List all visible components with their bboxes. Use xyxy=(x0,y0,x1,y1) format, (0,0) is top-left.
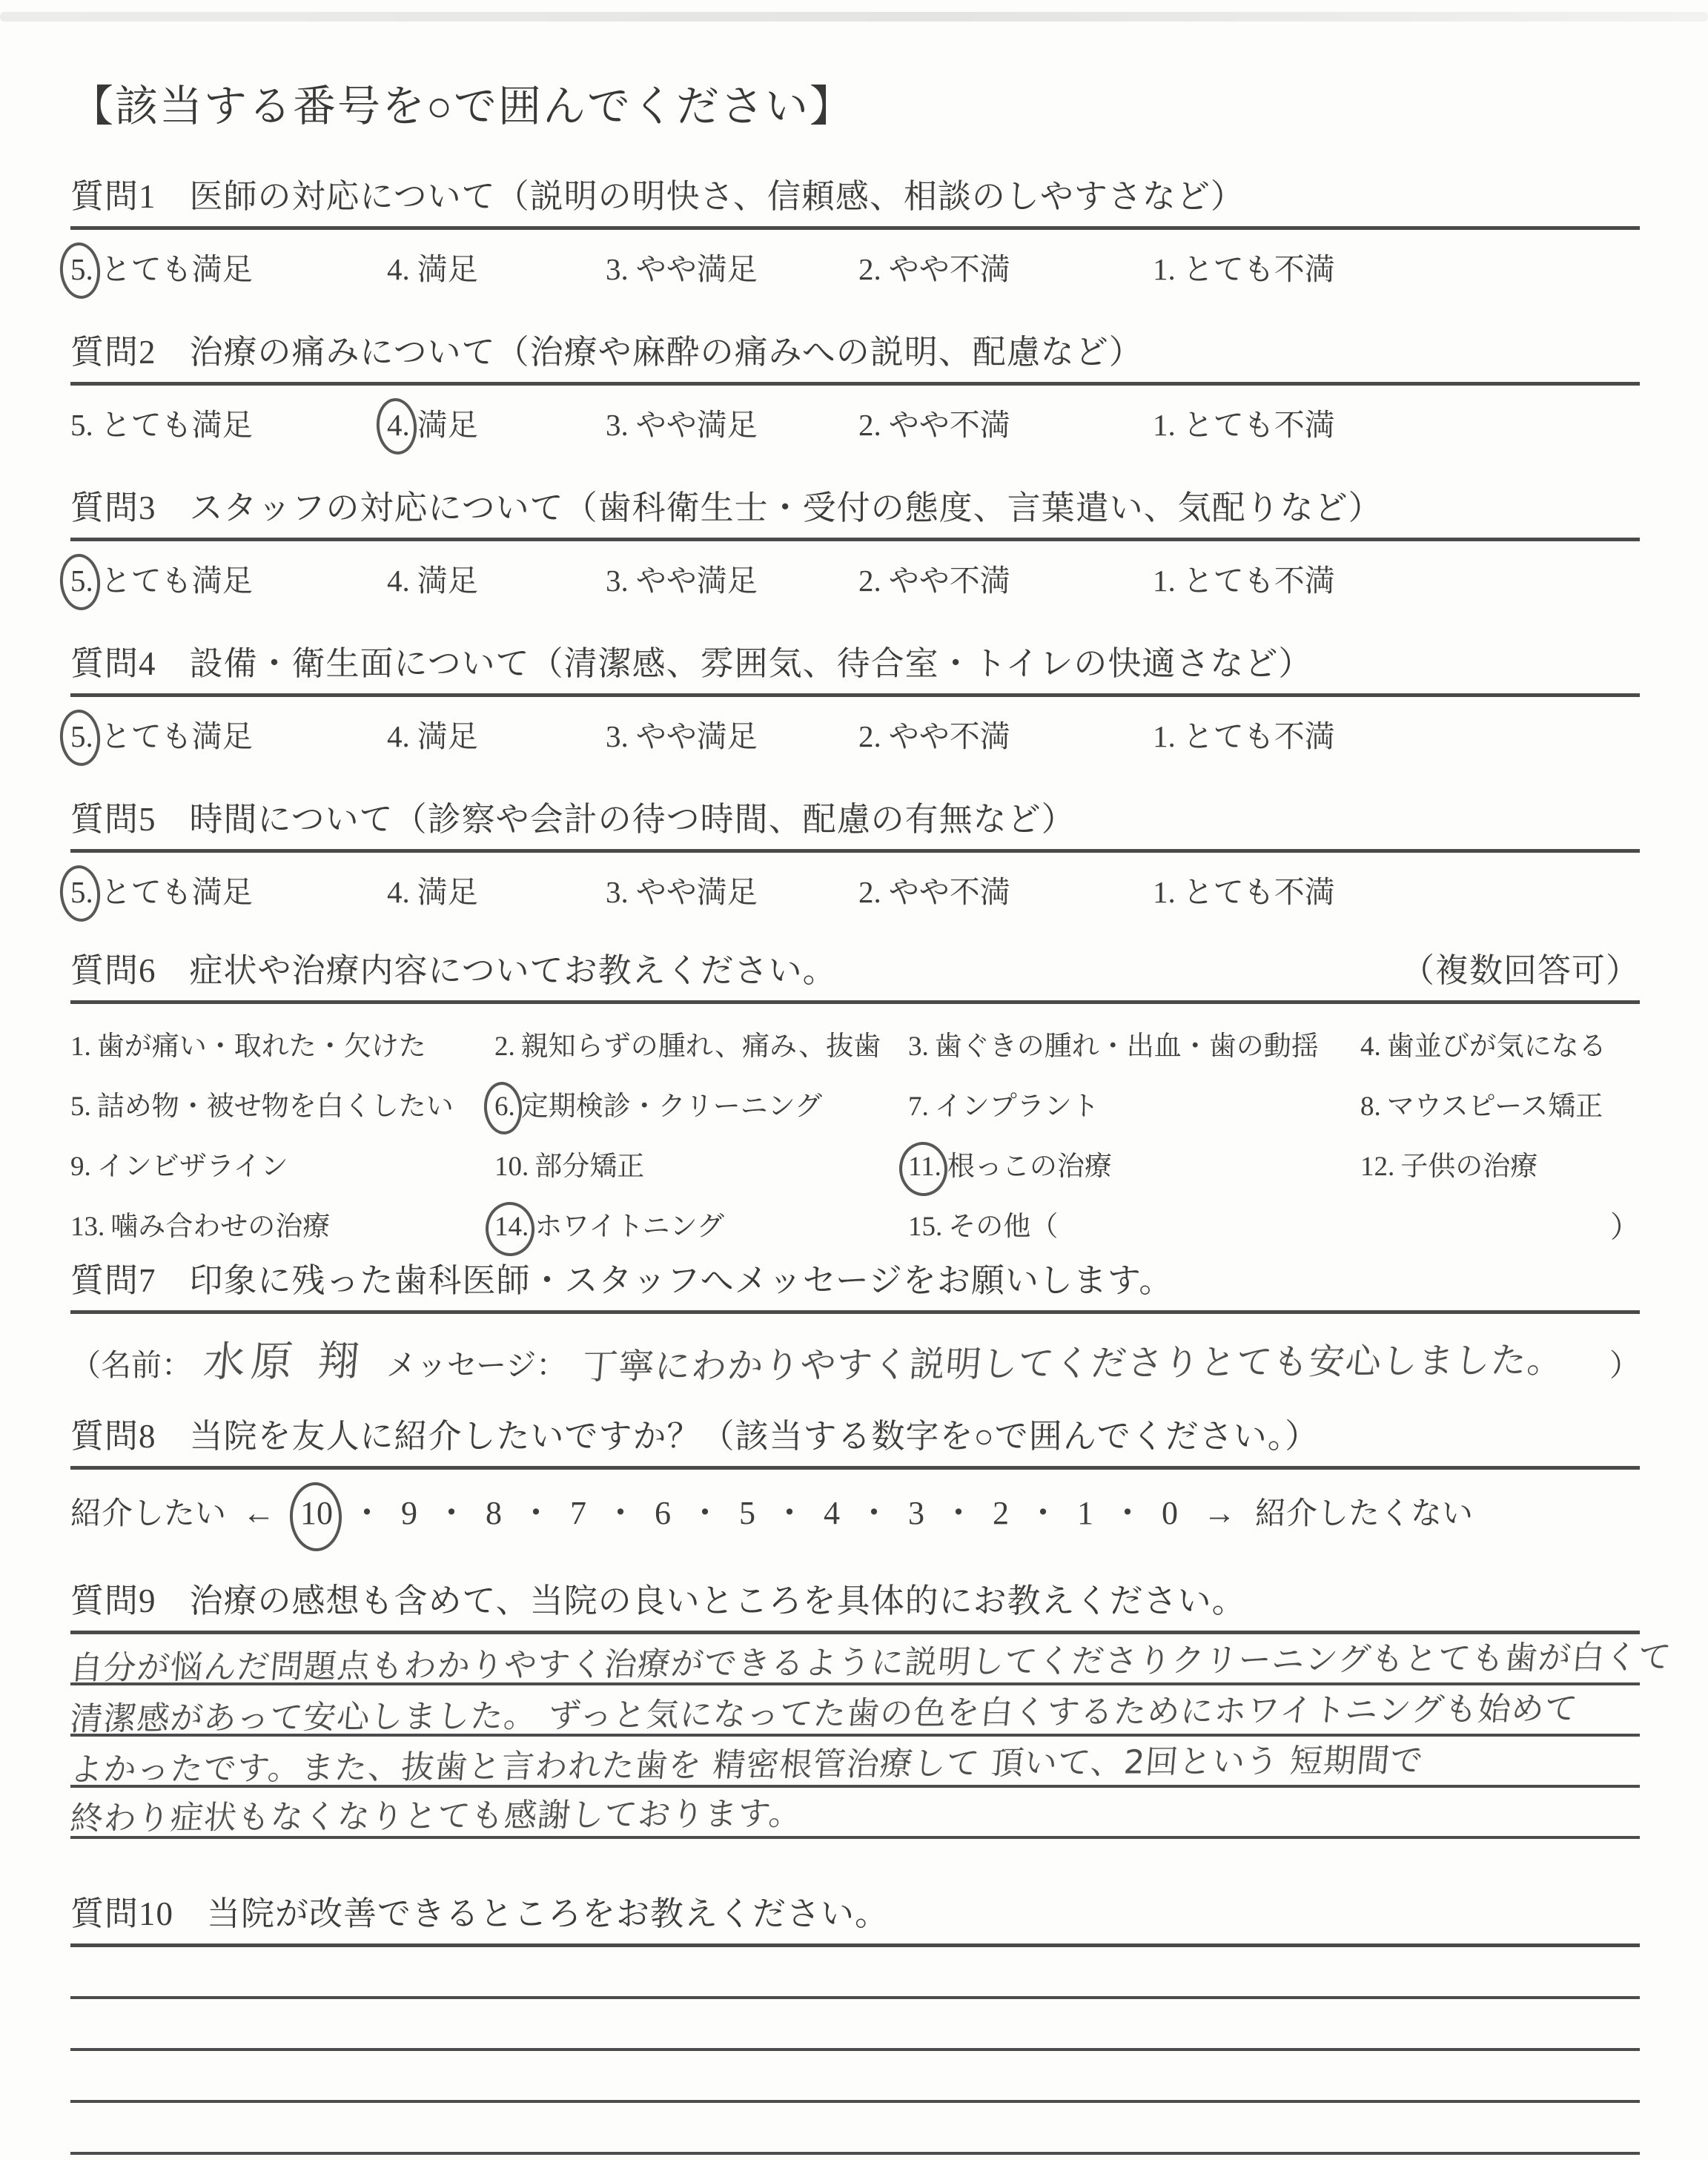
symptom-option: 13.噛み合わせの治療 xyxy=(70,1203,494,1246)
scale-separator: ・ xyxy=(1027,1486,1059,1533)
nps-number: 9 xyxy=(401,1494,417,1532)
symptom-option: 10.部分矯正 xyxy=(494,1143,908,1183)
question-label: 質問3 xyxy=(70,480,156,529)
question-2-header: 質問2 治療の痛みについて（治療や麻酔の痛みへの説明、配慮など） xyxy=(70,325,1640,386)
option-number: 9. xyxy=(70,1151,91,1183)
question-label: 質問7 xyxy=(70,1253,156,1301)
option-label: 満足 xyxy=(417,556,478,600)
rating-option: 4.満足 xyxy=(387,868,606,911)
option-label: とても不満 xyxy=(1183,868,1335,911)
option-label: とても不満 xyxy=(1183,400,1335,444)
option-label: やや満足 xyxy=(636,245,758,288)
scale-separator: ・ xyxy=(858,1486,890,1533)
option-number: 1. xyxy=(1153,563,1176,598)
option-label: やや不満 xyxy=(889,712,1010,756)
question-3-header: 質問3 スタッフの対応について（歯科衛生士・受付の態度、言葉遣い、気配りなど） xyxy=(70,480,1640,541)
option-number: 2. xyxy=(858,563,881,598)
option-label: とても不満 xyxy=(1183,712,1335,756)
blank-answer-line xyxy=(70,2103,1640,2155)
option-number: 1. xyxy=(1153,251,1176,287)
answer-text: 自分が悩んだ問題点もわかりやすく治療ができるように説明してくださりクリーニングも… xyxy=(68,1641,1672,1688)
question-10-header: 質問10 当院が改善できるところをお教えください。 xyxy=(70,1886,1640,1947)
option-number: 3. xyxy=(606,251,629,287)
rating-option: 5.とても満足 xyxy=(70,712,387,756)
question-9: 質問9 治療の感想も含めて、当院の良いところを具体的にお教えください。 自分が悩… xyxy=(70,1573,1640,1839)
question-7-header: 質問7 印象に残った歯科医師・スタッフへメッセージをお願いします。 xyxy=(70,1253,1640,1314)
option-label: とても不満 xyxy=(1183,245,1335,288)
option-number-circled: 6. xyxy=(494,1091,515,1123)
option-number-circled: 14. xyxy=(494,1211,529,1243)
symptom-option: 11.根っこの治療 xyxy=(908,1143,1360,1183)
handwritten-answer-line: 自分が悩んだ問題点もわかりやすく治療ができるように説明してくださりクリーニングも… xyxy=(70,1634,1640,1685)
option-label: やや満足 xyxy=(636,868,758,911)
option-label: やや不満 xyxy=(889,245,1010,288)
question-label: 質問6 xyxy=(70,943,156,991)
option-label: やや満足 xyxy=(636,400,758,444)
option-number: 4. xyxy=(387,563,410,598)
question-label: 質問2 xyxy=(70,325,156,373)
rating-option: 2.やや不満 xyxy=(858,245,1153,288)
question-label: 質問4 xyxy=(70,636,156,684)
question-1-header: 質問1 医師の対応について（説明の明快さ、信頼感、相談のしやすさなど） xyxy=(70,169,1640,230)
nps-number: 4 xyxy=(824,1494,840,1532)
option-number: 3. xyxy=(908,1031,929,1063)
scale-separator: ・ xyxy=(351,1486,383,1533)
symptom-option: 14.ホワイトニング xyxy=(494,1203,908,1246)
nps-number: 6 xyxy=(655,1494,671,1532)
rating-option: 1.とても不満 xyxy=(1153,868,1335,911)
option-label: マウスピース矯正 xyxy=(1387,1083,1603,1123)
rating-option: 3.やや満足 xyxy=(606,712,858,756)
option-number: 15. xyxy=(908,1211,942,1243)
symptom-option-other: 15.その他（ xyxy=(908,1203,1360,1246)
rating-option: 1.とても不満 xyxy=(1153,556,1335,600)
option-number: 1. xyxy=(70,1031,91,1063)
message-handwritten: 丁寧にわかりやすく説明してくださりとても安心しました。 xyxy=(580,1331,1566,1389)
option-label: とても満足 xyxy=(101,556,253,600)
option-number: 5. xyxy=(70,1091,91,1123)
form-title-section: 【該当する番号を○で囲んでください】 xyxy=(70,71,1640,133)
answer-text: 清潔感があって安心しました。 ずっと気になってた歯の色を白くするためにホワイトニ… xyxy=(68,1693,1579,1739)
option-number-circled: 11. xyxy=(908,1151,941,1183)
nps-number: 5 xyxy=(739,1494,755,1532)
question-title: 当院を友人に紹介したいですか？（該当する数字を○で囲んでください。） xyxy=(190,1409,1320,1457)
scale-separator: ・ xyxy=(942,1486,975,1533)
question-8: 質問8 当院を友人に紹介したいですか？（該当する数字を○で囲んでください。） 紹… xyxy=(70,1409,1640,1533)
option-label: とても不満 xyxy=(1183,556,1335,600)
question-9-header: 質問9 治療の感想も含めて、当院の良いところを具体的にお教えください。 xyxy=(70,1573,1640,1634)
question-title: 時間について（診察や会計の待つ時間、配慮の有無など） xyxy=(190,792,1076,840)
answer-text: よかったです。また、抜歯と言われた歯を 精密根管治療して 頂いて、2回という 短… xyxy=(69,1745,1425,1790)
question-7: 質問7 印象に残った歯科医師・スタッフへメッセージをお願いします。 （名前： 水… xyxy=(70,1253,1640,1388)
question-8-header: 質問8 当院を友人に紹介したいですか？（該当する数字を○で囲んでください。） xyxy=(70,1409,1640,1470)
question-title: 症状や治療内容についてお教えください。 xyxy=(190,943,837,991)
scale-separator: ・ xyxy=(520,1486,552,1533)
option-number: 1. xyxy=(1153,407,1176,443)
message-field-prefix: メッセージ： xyxy=(386,1341,567,1384)
rating-option: 5.とても満足 xyxy=(70,400,387,444)
symptom-option: 1.歯が痛い・取れた・欠けた xyxy=(70,1023,494,1063)
option-label: 子供の治療 xyxy=(1400,1143,1537,1183)
multiple-answers-note: （複数回答可） xyxy=(1401,943,1640,991)
nps-number: 8 xyxy=(486,1494,502,1532)
symptom-options-grid: 1.歯が痛い・取れた・欠けた 2.親知らずの腫れ、痛み、抜歯 3.歯ぐきの腫れ・… xyxy=(70,1004,1640,1246)
left-arrow-icon: ← xyxy=(242,1494,275,1532)
page-title: 【該当する番号を○で囲んでください】 xyxy=(70,71,1640,133)
option-number-circled: 4. xyxy=(387,407,410,443)
scale-separator: ・ xyxy=(773,1486,806,1533)
option-number: 2. xyxy=(494,1031,515,1063)
rating-option: 1.とても不満 xyxy=(1153,245,1335,288)
scale-separator: ・ xyxy=(689,1486,721,1533)
field-close-paren: ） xyxy=(1609,1341,1640,1384)
option-number: 12. xyxy=(1360,1151,1394,1183)
rating-option: 2.やや不満 xyxy=(858,712,1153,756)
question-title: 治療の感想も含めて、当院の良いところを具体的にお教えください。 xyxy=(190,1573,1246,1622)
nps-scale-row: 紹介したい ← 10 ・ 9 ・ 8 ・ 7 ・ 6 ・ 5 ・ 4 ・ 3 ・… xyxy=(70,1470,1640,1533)
option-number: 4. xyxy=(1360,1031,1381,1063)
question-title: 治療の痛みについて（治療や麻酔の痛みへの説明、配慮など） xyxy=(190,325,1143,373)
option-label: 満足 xyxy=(417,245,478,288)
other-close-paren: ） xyxy=(1360,1203,1640,1246)
right-arrow-icon: → xyxy=(1203,1494,1236,1532)
rating-option: 3.やや満足 xyxy=(606,556,858,600)
question-4: 質問4 設備・衛生面について（清潔感、雰囲気、待合室・トイレの快適さなど） 5.… xyxy=(70,636,1640,756)
option-label: やや満足 xyxy=(636,556,758,600)
symptom-option: 8.マウスピース矯正 xyxy=(1360,1083,1640,1123)
blank-answer-line xyxy=(70,1947,1640,1999)
question-title: 当院が改善できるところをお教えください。 xyxy=(207,1886,889,1935)
option-number: 1. xyxy=(1153,719,1176,754)
option-number-circled: 5. xyxy=(70,874,93,910)
option-label: 歯が痛い・取れた・欠けた xyxy=(97,1023,426,1063)
scan-artifact-line xyxy=(0,12,1708,22)
scale-right-label: 紹介したくない xyxy=(1255,1489,1473,1533)
rating-option: 1.とても不満 xyxy=(1153,400,1335,444)
rating-option: 3.やや満足 xyxy=(606,400,858,444)
question-title: 設備・衛生面について（清潔感、雰囲気、待合室・トイレの快適さなど） xyxy=(190,636,1313,684)
name-field-prefix: （名前： xyxy=(70,1341,192,1384)
option-label: 満足 xyxy=(417,712,478,756)
symptom-option: 9.インビザライン xyxy=(70,1143,494,1183)
scale-left-label: 紹介したい xyxy=(70,1489,226,1533)
option-label: とても満足 xyxy=(101,868,253,911)
option-number: 10. xyxy=(494,1151,529,1183)
blank-answer-line xyxy=(70,2051,1640,2103)
option-label: 親知らずの腫れ、痛み、抜歯 xyxy=(521,1023,881,1063)
question-6-header: 質問6 症状や治療内容についてお教えください。 （複数回答可） xyxy=(70,943,1640,1004)
option-label: 根っこの治療 xyxy=(947,1143,1112,1183)
respondent-name-handwritten: 水原 翔 xyxy=(202,1328,368,1389)
rating-option: 2.やや不満 xyxy=(858,556,1153,600)
option-label: やや満足 xyxy=(636,712,758,756)
question-title: 印象に残った歯科医師・スタッフへメッセージをお願いします。 xyxy=(190,1253,1174,1301)
blank-answer-line xyxy=(70,1999,1640,2051)
question-title: 医師の対応について（説明の明快さ、信頼感、相談のしやすさなど） xyxy=(190,169,1245,217)
question-3: 質問3 スタッフの対応について（歯科衛生士・受付の態度、言葉遣い、気配りなど） … xyxy=(70,480,1640,600)
option-label: やや不満 xyxy=(889,400,1010,444)
option-number: 8. xyxy=(1360,1091,1381,1123)
option-number: 3. xyxy=(606,719,629,754)
question-4-header: 質問4 設備・衛生面について（清潔感、雰囲気、待合室・トイレの快適さなど） xyxy=(70,636,1640,697)
symptom-option: 3.歯ぐきの腫れ・出血・歯の動揺 xyxy=(908,1023,1360,1063)
option-label: とても満足 xyxy=(101,400,253,444)
option-label: その他（ xyxy=(948,1203,1058,1244)
rating-option: 4.満足 xyxy=(387,712,606,756)
question-label: 質問1 xyxy=(70,169,156,217)
option-label: 詰め物・被せ物を白くしたい xyxy=(97,1083,454,1123)
rating-options-row: 5.とても満足 4.満足 3.やや満足 2.やや不満 1.とても不満 xyxy=(70,697,1640,756)
option-number: 2. xyxy=(858,407,881,443)
option-number: 5. xyxy=(70,407,93,443)
name-message-row: （名前： 水原 翔 メッセージ： 丁寧にわかりやすく説明してくださりとても安心し… xyxy=(70,1314,1640,1388)
option-number: 7. xyxy=(908,1091,929,1123)
handwritten-answer-line: よかったです。また、抜歯と言われた歯を 精密根管治療して 頂いて、2回という 短… xyxy=(70,1737,1640,1788)
option-label: やや不満 xyxy=(889,868,1010,911)
scanned-survey-form: { "page_title": "【該当する番号を○で囲んでください】", "r… xyxy=(0,0,1708,2160)
symptom-option: 2.親知らずの腫れ、痛み、抜歯 xyxy=(494,1023,908,1063)
rating-options-row: 5.とても満足 4.満足 3.やや満足 2.やや不満 1.とても不満 xyxy=(70,386,1640,444)
answer-text: 終わり症状もなくなりとても感謝しております。 xyxy=(69,1798,804,1839)
rating-option: 4.満足 xyxy=(387,245,606,288)
symptom-option: 12.子供の治療 xyxy=(1360,1143,1640,1183)
nps-number: 1 xyxy=(1077,1494,1093,1532)
question-5-header: 質問5 時間について（診察や会計の待つ時間、配慮の有無など） xyxy=(70,792,1640,853)
option-number: 3. xyxy=(606,874,629,910)
option-number: 13. xyxy=(70,1211,105,1243)
option-number: 4. xyxy=(387,719,410,754)
option-number-circled: 5. xyxy=(70,251,93,287)
option-label: とても満足 xyxy=(101,245,253,288)
option-number-circled: 5. xyxy=(70,719,93,754)
rating-option: 2.やや不満 xyxy=(858,868,1153,911)
question-2: 質問2 治療の痛みについて（治療や麻酔の痛みへの説明、配慮など） 5.とても満足… xyxy=(70,325,1640,444)
option-number: 2. xyxy=(858,874,881,910)
rating-options-row: 5.とても満足 4.満足 3.やや満足 2.やや不満 1.とても不満 xyxy=(70,230,1640,288)
nps-number-circled: 10 xyxy=(300,1494,333,1532)
scale-separator: ・ xyxy=(435,1486,468,1533)
rating-options-row: 5.とても満足 4.満足 3.やや満足 2.やや不満 1.とても不満 xyxy=(70,541,1640,600)
rating-option: 5.とても満足 xyxy=(70,245,387,288)
question-label: 質問10 xyxy=(70,1886,173,1935)
option-label: 歯並びが気になる xyxy=(1387,1023,1606,1063)
option-label: 満足 xyxy=(417,400,478,444)
option-label: インプラント xyxy=(935,1083,1099,1123)
rating-option: 3.やや満足 xyxy=(606,868,858,911)
option-label: やや不満 xyxy=(889,556,1010,600)
option-number: 1. xyxy=(1153,874,1176,910)
symptom-option: 7.インプラント xyxy=(908,1083,1360,1123)
option-label: インビザライン xyxy=(97,1143,288,1183)
option-number: 3. xyxy=(606,407,629,443)
question-5: 質問5 時間について（診察や会計の待つ時間、配慮の有無など） 5.とても満足 4… xyxy=(70,792,1640,911)
question-label: 質問9 xyxy=(70,1573,156,1622)
rating-option: 4.満足 xyxy=(387,556,606,600)
rating-option: 5.とても満足 xyxy=(70,556,387,600)
nps-number: 0 xyxy=(1162,1494,1178,1532)
option-label: 満足 xyxy=(417,868,478,911)
option-label: 歯ぐきの腫れ・出血・歯の動揺 xyxy=(935,1023,1319,1063)
option-label: とても満足 xyxy=(101,712,253,756)
symptom-option: 5.詰め物・被せ物を白くしたい xyxy=(70,1083,494,1123)
option-number: 2. xyxy=(858,251,881,287)
scale-separator: ・ xyxy=(604,1486,637,1533)
question-6: 質問6 症状や治療内容についてお教えください。 （複数回答可） 1.歯が痛い・取… xyxy=(70,943,1640,1246)
rating-option: 1.とても不満 xyxy=(1153,712,1335,756)
rating-option: 2.やや不満 xyxy=(858,400,1153,444)
option-number: 3. xyxy=(606,563,629,598)
question-label: 質問5 xyxy=(70,792,156,840)
symptom-option: 4.歯並びが気になる xyxy=(1360,1023,1640,1063)
option-label: 噛み合わせの治療 xyxy=(110,1203,330,1244)
handwritten-answer-line: 清潔感があって安心しました。 ずっと気になってた歯の色を白くするためにホワイトニ… xyxy=(70,1685,1640,1737)
nps-number: 7 xyxy=(570,1494,586,1532)
option-label: 部分矯正 xyxy=(534,1143,644,1183)
option-number: 2. xyxy=(858,719,881,754)
symptom-option: 6.定期検診・クリーニング xyxy=(494,1083,908,1123)
option-label: 定期検診・クリーニング xyxy=(521,1083,822,1123)
nps-number: 3 xyxy=(908,1494,924,1532)
question-title: スタッフの対応について（歯科衛生士・受付の態度、言葉遣い、気配りなど） xyxy=(190,480,1383,529)
option-number: 4. xyxy=(387,251,410,287)
handwritten-answer-line: 終わり症状もなくなりとても感謝しております。 xyxy=(70,1788,1640,1839)
option-number-circled: 5. xyxy=(70,563,93,598)
rating-options-row: 5.とても満足 4.満足 3.やや満足 2.やや不満 1.とても不満 xyxy=(70,853,1640,911)
option-number: 4. xyxy=(387,874,410,910)
question-1: 質問1 医師の対応について（説明の明快さ、信頼感、相談のしやすさなど） 5.とて… xyxy=(70,169,1640,288)
question-label: 質問8 xyxy=(70,1409,156,1457)
scale-separator: ・ xyxy=(1111,1486,1144,1533)
option-label: ホワイトニング xyxy=(534,1203,724,1244)
rating-option: 4.満足 xyxy=(387,400,606,444)
rating-option: 3.やや満足 xyxy=(606,245,858,288)
rating-option: 5.とても満足 xyxy=(70,868,387,911)
nps-number: 2 xyxy=(993,1494,1009,1532)
question-10: 質問10 当院が改善できるところをお教えください。 xyxy=(70,1886,1640,2155)
